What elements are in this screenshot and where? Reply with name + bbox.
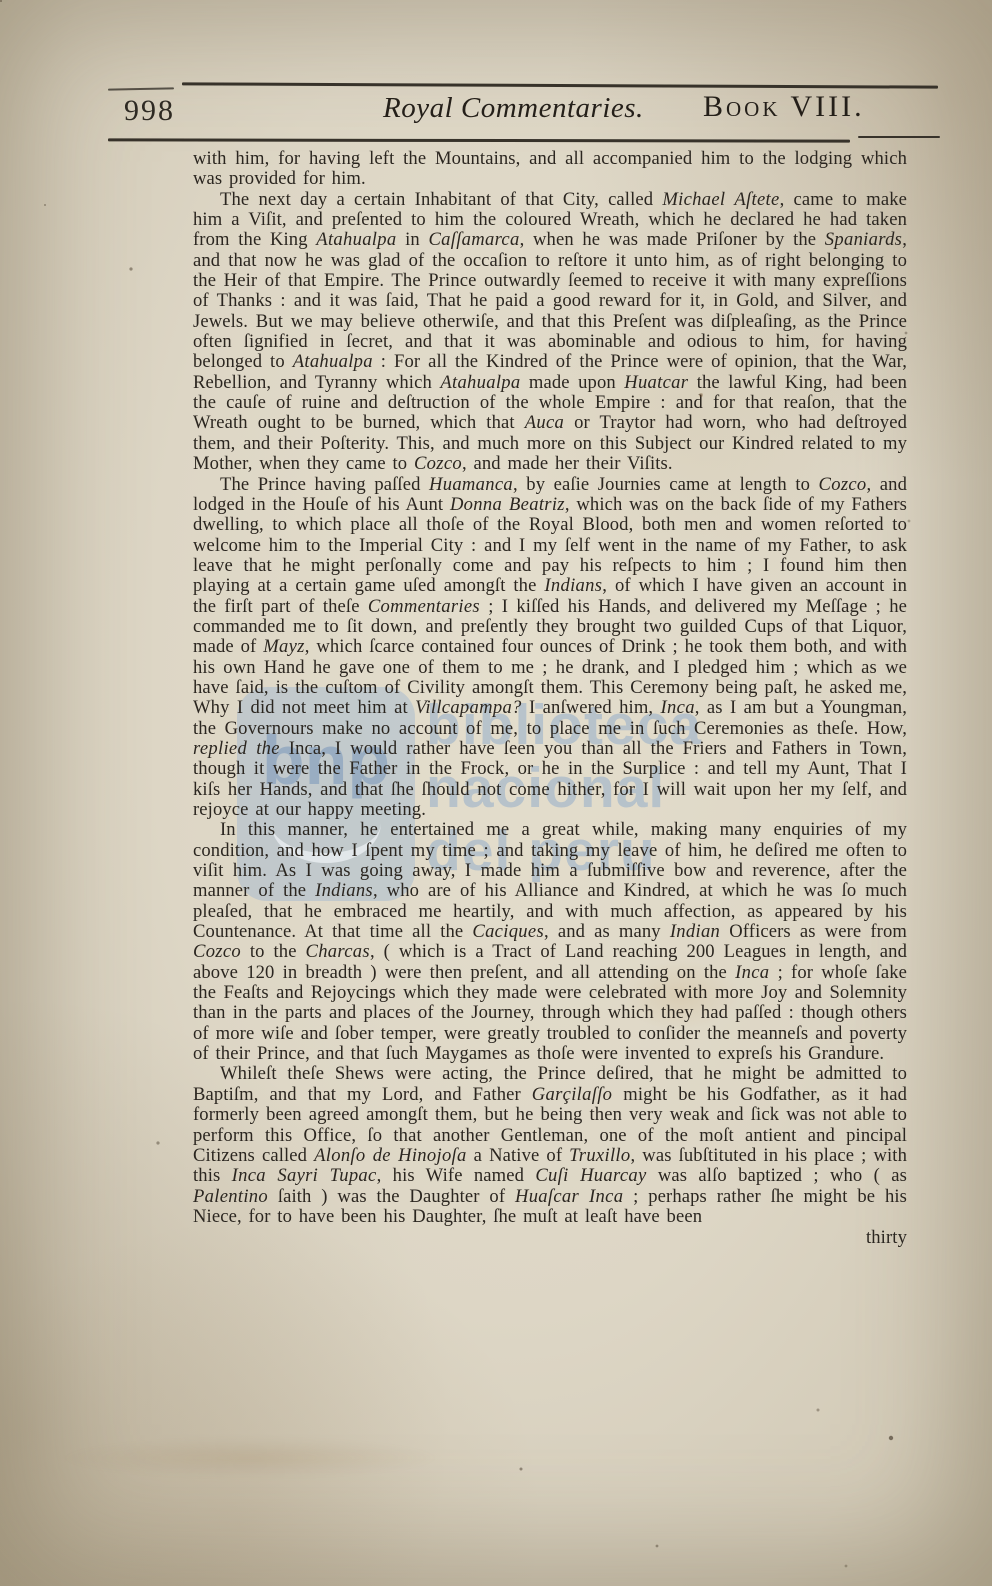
body-text-segment: to the <box>241 941 306 962</box>
body-text-segment: a Native of <box>467 1145 570 1166</box>
body-paragraph: In this manner, he entertained me a grea… <box>193 820 907 1064</box>
italic-proper-noun: Garçilaſſo <box>532 1084 612 1105</box>
italic-proper-noun: Charcas <box>306 941 370 962</box>
italic-proper-noun: Michael Aſtete <box>662 189 779 210</box>
italic-proper-noun: Cozco <box>414 453 462 474</box>
italic-proper-noun: Cozco <box>819 474 867 495</box>
italic-proper-noun: Indian <box>670 921 720 942</box>
italic-proper-noun: Spaniards <box>825 229 902 250</box>
italic-proper-noun: Huatcar <box>624 372 688 393</box>
body-text-segment: in <box>396 229 428 250</box>
italic-proper-noun: Indians <box>315 880 373 901</box>
italic-proper-noun: Truxillo <box>569 1145 630 1166</box>
page-number: 998 <box>124 94 175 128</box>
body-paragraph: Whileſt theſe Shews were acting, the Pri… <box>193 1064 907 1227</box>
body-text-segment: The Prince having paſſed <box>220 474 429 495</box>
body-text-segment: ſaith ) was the Daughter of <box>268 1186 515 1207</box>
header-rule-bottom <box>108 138 850 142</box>
italic-proper-noun: Caſſamarca <box>428 229 519 250</box>
italic-proper-noun: Atahualpa <box>440 372 520 393</box>
body-text-segment: I anſwered him, <box>522 697 661 718</box>
body-text-segment: made upon <box>521 372 625 393</box>
body-text-segment: Inca, I would rather have ſeen you than … <box>193 738 907 820</box>
italic-proper-noun: Huaſcar Inca <box>515 1186 623 1207</box>
body-paragraph: The next day a certain Inhabitant of tha… <box>193 190 907 475</box>
body-text-segment: Officers as were from <box>720 921 907 942</box>
header-rule-bottom-right <box>858 136 940 138</box>
running-title: Royal Commentaries. <box>383 92 644 125</box>
body-text: with him, for having left the Mountains,… <box>193 149 907 1249</box>
italic-proper-noun: Inca <box>661 697 695 718</box>
body-text-segment: was alſo baptized ; who ( as <box>647 1165 907 1186</box>
italic-proper-noun: Inca Sayri Tupac <box>232 1165 377 1186</box>
body-text-segment: , his Wife named <box>377 1165 536 1186</box>
body-text-segment: , when he was made Priſoner by the <box>520 229 825 250</box>
header-rule-top <box>182 82 938 88</box>
body-text-segment: with him, for having left the Mountains,… <box>193 148 907 189</box>
book-label: Book VIII. <box>703 90 865 124</box>
italic-proper-noun: Palentino <box>193 1186 268 1207</box>
catchword: thirty <box>193 1228 907 1248</box>
body-text-segment: The next day a certain Inhabitant of tha… <box>220 189 662 210</box>
body-text-segment: , and as many <box>544 921 670 942</box>
italic-proper-noun: Mayz <box>263 636 304 657</box>
ink-specks <box>0 0 2 2</box>
header-rule-top-left <box>108 87 174 90</box>
italic-proper-noun: Villcapampa? <box>415 697 522 718</box>
italic-proper-noun: Auca <box>525 412 564 433</box>
italic-proper-noun: Atahualpa <box>293 351 373 372</box>
italic-proper-noun: Huamanca <box>429 474 513 495</box>
italic-proper-noun: replied the <box>193 738 280 759</box>
italic-proper-noun: Commentaries <box>368 596 480 617</box>
show-through-smudge <box>60 1438 440 1478</box>
body-paragraph: with him, for having left the Mountains,… <box>193 149 907 190</box>
italic-proper-noun: Alonſo de Hinojoſa <box>314 1145 467 1166</box>
italic-proper-noun: Indians <box>544 575 602 596</box>
italic-proper-noun: Inca <box>735 962 769 983</box>
body-text-segment: , and made her their Viſits. <box>462 453 673 474</box>
body-text-segment: , by eaſie Journies came at length to <box>513 474 819 495</box>
italic-proper-noun: Cozco <box>193 941 241 962</box>
italic-proper-noun: Atahualpa <box>316 229 396 250</box>
book-page-scan: 998 Royal Commentaries. Book VIII. bnp b… <box>0 0 992 1586</box>
italic-proper-noun: Caciques <box>472 921 544 942</box>
body-paragraph: The Prince having paſſed Huamanca, by ea… <box>193 475 907 821</box>
italic-proper-noun: Cuſi Huarcay <box>535 1165 646 1186</box>
italic-proper-noun: Donna Beatriz <box>450 494 565 515</box>
